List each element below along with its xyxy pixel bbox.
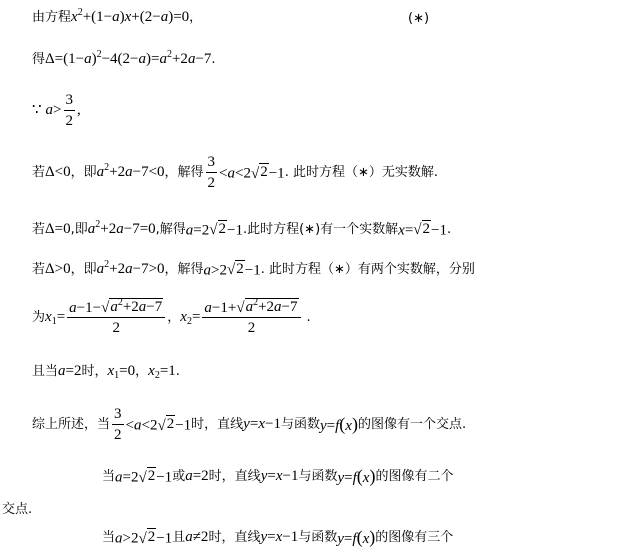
text: . <box>307 311 311 324</box>
root-x2: x2= <box>180 310 200 325</box>
math-text: −1 <box>227 222 243 238</box>
math-text: = <box>405 222 413 238</box>
var-a: a <box>58 363 66 379</box>
math-text: −4(2− <box>102 51 139 67</box>
radicand: a2+2a−7 <box>109 298 163 316</box>
radicand: 2 <box>259 163 269 181</box>
numerator: 3 <box>112 406 124 425</box>
var-a: a <box>185 529 193 545</box>
var-a: a <box>246 299 254 315</box>
roots-line: 为 x1= a−1−√a2+2a−7 2 ， x2= a−1+√a2+2a−7 … <box>32 298 311 337</box>
math-text: Δ<0 <box>45 165 71 180</box>
sqrt: √2 <box>157 415 175 433</box>
math-text: Δ=(1− <box>45 51 84 67</box>
math-text: −1 <box>269 166 285 182</box>
denominator: 2 <box>208 173 216 192</box>
text: ,解得 <box>156 223 186 236</box>
radicand: 2 <box>166 415 176 433</box>
math-text: =1 <box>160 363 176 379</box>
var-a: a <box>69 300 77 316</box>
var-a: a <box>125 261 133 277</box>
text: . <box>176 365 180 378</box>
math-text: +2 <box>123 299 139 315</box>
math-text: −7>0 <box>133 261 165 277</box>
math-text: = <box>192 309 200 325</box>
denominator: 2 <box>114 425 122 444</box>
denominator: 2 <box>248 318 256 337</box>
math-text: −7=0 <box>124 221 156 237</box>
inequality: a2+2a−7<0 <box>97 165 165 180</box>
text: 且当 <box>32 365 58 378</box>
text: 若 <box>32 223 45 236</box>
radicand: 2 <box>218 220 228 238</box>
math-text: +2 <box>172 51 188 67</box>
equation-statement-line: 由方程 x2+(1−a)x+(2−a)=0 ， <box>32 10 202 25</box>
numerator: 3 <box>64 92 76 111</box>
var-x: x <box>258 416 265 432</box>
because-symbol: ∵ <box>32 103 42 118</box>
text: 综上所述，当 <box>32 418 110 431</box>
var-a: a <box>139 51 147 67</box>
math-text: = <box>267 529 275 545</box>
var-y: y <box>337 531 344 547</box>
sqrt: √2 <box>413 220 431 238</box>
numerator: a−1−√a2+2a−7 <box>67 298 165 318</box>
sqrt: √a2+2a−7 <box>236 298 298 316</box>
var-a: a <box>115 470 123 486</box>
math-text: =2 <box>193 222 209 238</box>
var-a: a <box>185 468 193 484</box>
root-x1: x1= <box>45 310 65 325</box>
var-x: x <box>276 468 283 484</box>
radicand: 2 <box>422 220 432 238</box>
text: 或 <box>172 470 185 483</box>
inequality: <a<2√2−1 <box>219 163 285 181</box>
radicand: a2+2a−7 <box>245 298 299 316</box>
math-text: −1+ <box>212 300 236 316</box>
text: 时，直线 <box>208 531 260 544</box>
fraction: a−1−√a2+2a−7 2 <box>67 298 165 337</box>
text: ， <box>167 311 180 324</box>
inequality: a2+2a−7>0 <box>97 262 165 277</box>
text: 与函数 <box>298 531 337 544</box>
denominator: 2 <box>66 111 74 130</box>
math-text: =2 <box>66 363 82 379</box>
math-text: >2 <box>211 262 227 278</box>
var-x: x <box>71 9 78 25</box>
var-x: x <box>398 222 405 238</box>
equation: a2+2a−7=0 <box>88 222 156 237</box>
math-text: −1− <box>77 300 101 316</box>
inequality: a>2√2−1 <box>204 260 261 278</box>
fraction: a−1+√a2+2a−7 2 <box>202 298 300 337</box>
text: ，即 <box>71 263 97 276</box>
math-text: >2 <box>123 531 139 547</box>
var-y: y <box>320 418 327 434</box>
math-text: = <box>327 418 335 434</box>
text: 与函数 <box>281 418 320 431</box>
math-text: < <box>126 418 134 434</box>
text: . 此时方程（∗）有两个实数解，分别 <box>261 263 475 276</box>
math-text: +2 <box>258 299 274 315</box>
text: 当 <box>102 531 115 544</box>
math-text: −1 <box>265 416 281 432</box>
equation: Δ=(1−a)2−4(2−a)=a2+2a−7 <box>45 52 211 67</box>
text: ， <box>135 365 148 378</box>
math-text: −1 <box>431 222 447 238</box>
text: 与函数 <box>298 470 337 483</box>
case-delta-zero-line: 若 Δ=0 ,即 a2+2a−7=0 ,解得 a=2√2−1 .此时方程(∗)有… <box>32 220 451 238</box>
math-text: −1 <box>156 531 172 547</box>
math-text: +2 <box>100 221 116 237</box>
fraction: 32 <box>64 92 76 129</box>
var-a: a <box>228 166 236 182</box>
text: .此时方程(∗)有一个实数解 <box>243 223 398 236</box>
math-text: −1 <box>175 418 191 434</box>
math-text: −7 <box>195 51 211 67</box>
math-text: −7<0 <box>133 164 165 180</box>
conclusion-two-intersections-line: 当 a=2√2−1 或 a=2 时，直线 y=x−1 与函数 y=f(x) 的图… <box>102 467 453 486</box>
discriminant-line: 得 Δ=(1−a)2−4(2−a)=a2+2a−7 . <box>32 52 216 67</box>
math-text: = <box>57 309 65 325</box>
text: 当 <box>102 470 115 483</box>
math-text: ≠2 <box>193 529 209 545</box>
text: ，即 <box>71 166 97 179</box>
text: 的图像有二个 <box>375 470 453 483</box>
denominator: 2 <box>112 318 120 337</box>
math-text: −7 <box>282 299 298 315</box>
condition-line: ∵ a > 32 , <box>32 92 81 129</box>
math-text: < <box>219 166 227 182</box>
var-a: a <box>204 300 212 316</box>
math-text: Δ=0 <box>45 222 71 237</box>
var-y: y <box>243 416 250 432</box>
sqrt: √2 <box>138 528 156 546</box>
special-case-line: 且当 a=2 时， x1=0 ， x2=1 . <box>32 364 180 379</box>
text: ，解得 <box>165 263 204 276</box>
var-x: x <box>180 309 187 325</box>
math-text: +2 <box>109 261 125 277</box>
text: 若 <box>32 263 45 276</box>
var-a: a <box>110 299 118 315</box>
math-text: )=0 <box>168 9 189 25</box>
math-text: = <box>267 468 275 484</box>
sqrt: √2 <box>227 260 245 278</box>
sqrt: √2 <box>251 163 269 181</box>
text: ，解得 <box>165 166 204 179</box>
case-delta-negative-line: 若 Δ<0 ，即 a2+2a−7<0 ，解得 32 <a<2√2−1 . 此时方… <box>32 154 438 191</box>
math-text: =2 <box>123 470 139 486</box>
text: 得 <box>32 53 45 66</box>
text: 时，直线 <box>209 470 261 483</box>
math-text: Δ>0 <box>45 262 71 277</box>
radicand: 2 <box>235 260 245 278</box>
fraction: 32 <box>112 406 124 443</box>
var-x: x <box>45 309 52 325</box>
var-a: a <box>46 103 54 118</box>
text: 时， <box>81 365 107 378</box>
case-delta-positive-line: 若 Δ>0 ，即 a2+2a−7>0 ，解得 a>2√2−1 . 此时方程（∗）… <box>32 260 475 278</box>
text: ， <box>189 11 202 24</box>
math-text: =0 <box>119 363 135 379</box>
var-a: a <box>115 531 123 547</box>
math-text: +2 <box>109 164 125 180</box>
math-text: +(2− <box>131 9 160 25</box>
equation: x=√2−1 <box>398 220 447 238</box>
math-text: −1 <box>282 529 298 545</box>
text: , <box>77 103 81 118</box>
text: 时，直线 <box>191 418 243 431</box>
var-a: a <box>84 51 92 67</box>
numerator: 3 <box>206 154 218 173</box>
numerator: a−1+√a2+2a−7 <box>202 298 300 318</box>
var-x: x <box>345 418 352 434</box>
text: . 此时方程（∗）无实数解. <box>285 166 438 179</box>
math-text: <2 <box>141 418 157 434</box>
sqrt: √a2+2a−7 <box>101 298 163 316</box>
text: . <box>447 223 451 236</box>
equation: x2+(1−a)x+(2−a)=0 <box>71 10 189 25</box>
text: . <box>211 53 215 66</box>
var-x: x <box>148 363 155 379</box>
sqrt: √2 <box>209 220 227 238</box>
var-a: a <box>112 9 120 25</box>
text: 若 <box>32 166 45 179</box>
math-text: > <box>53 103 61 118</box>
radicand: 2 <box>147 528 157 546</box>
radicand: 2 <box>147 467 157 485</box>
math-text: )= <box>146 51 159 67</box>
math-text: =2 <box>193 468 209 484</box>
var-a: a <box>125 164 133 180</box>
math-text: <2 <box>235 166 251 182</box>
var-a: a <box>116 221 124 237</box>
math-text: +(1− <box>83 9 112 25</box>
sqrt: √2 <box>138 467 156 485</box>
equation-tag: (∗) <box>408 12 429 25</box>
math-text: −1 <box>245 262 261 278</box>
equation: a=2√2−1 <box>186 220 243 238</box>
math-text: −7 <box>146 299 162 315</box>
text: 的图像有三个 <box>375 531 453 544</box>
math-text: −1 <box>156 470 172 486</box>
var-a: a <box>159 51 167 67</box>
text: 的图像有一个交点. <box>358 418 466 431</box>
text: ,即 <box>71 223 88 236</box>
continuation-text: 交点. <box>2 503 32 516</box>
math-text: −1 <box>283 468 299 484</box>
text: 为 <box>32 311 45 324</box>
conclusion-three-intersections-line: 当 a>2√2−1 且 a≠2 时，直线 y=x−1 与函数 y=f(x) 的图… <box>102 528 453 547</box>
math-text: = <box>344 470 352 486</box>
fraction: 32 <box>206 154 218 191</box>
text: 由方程 <box>32 11 71 24</box>
var-a: a <box>204 262 212 278</box>
text: 且 <box>172 531 185 544</box>
var-a: a <box>274 299 282 315</box>
conclusion-one-intersection-line: 综上所述，当 32 <a<2√2−1 时，直线 y=x−1 与函数 y=f(x)… <box>32 406 466 443</box>
